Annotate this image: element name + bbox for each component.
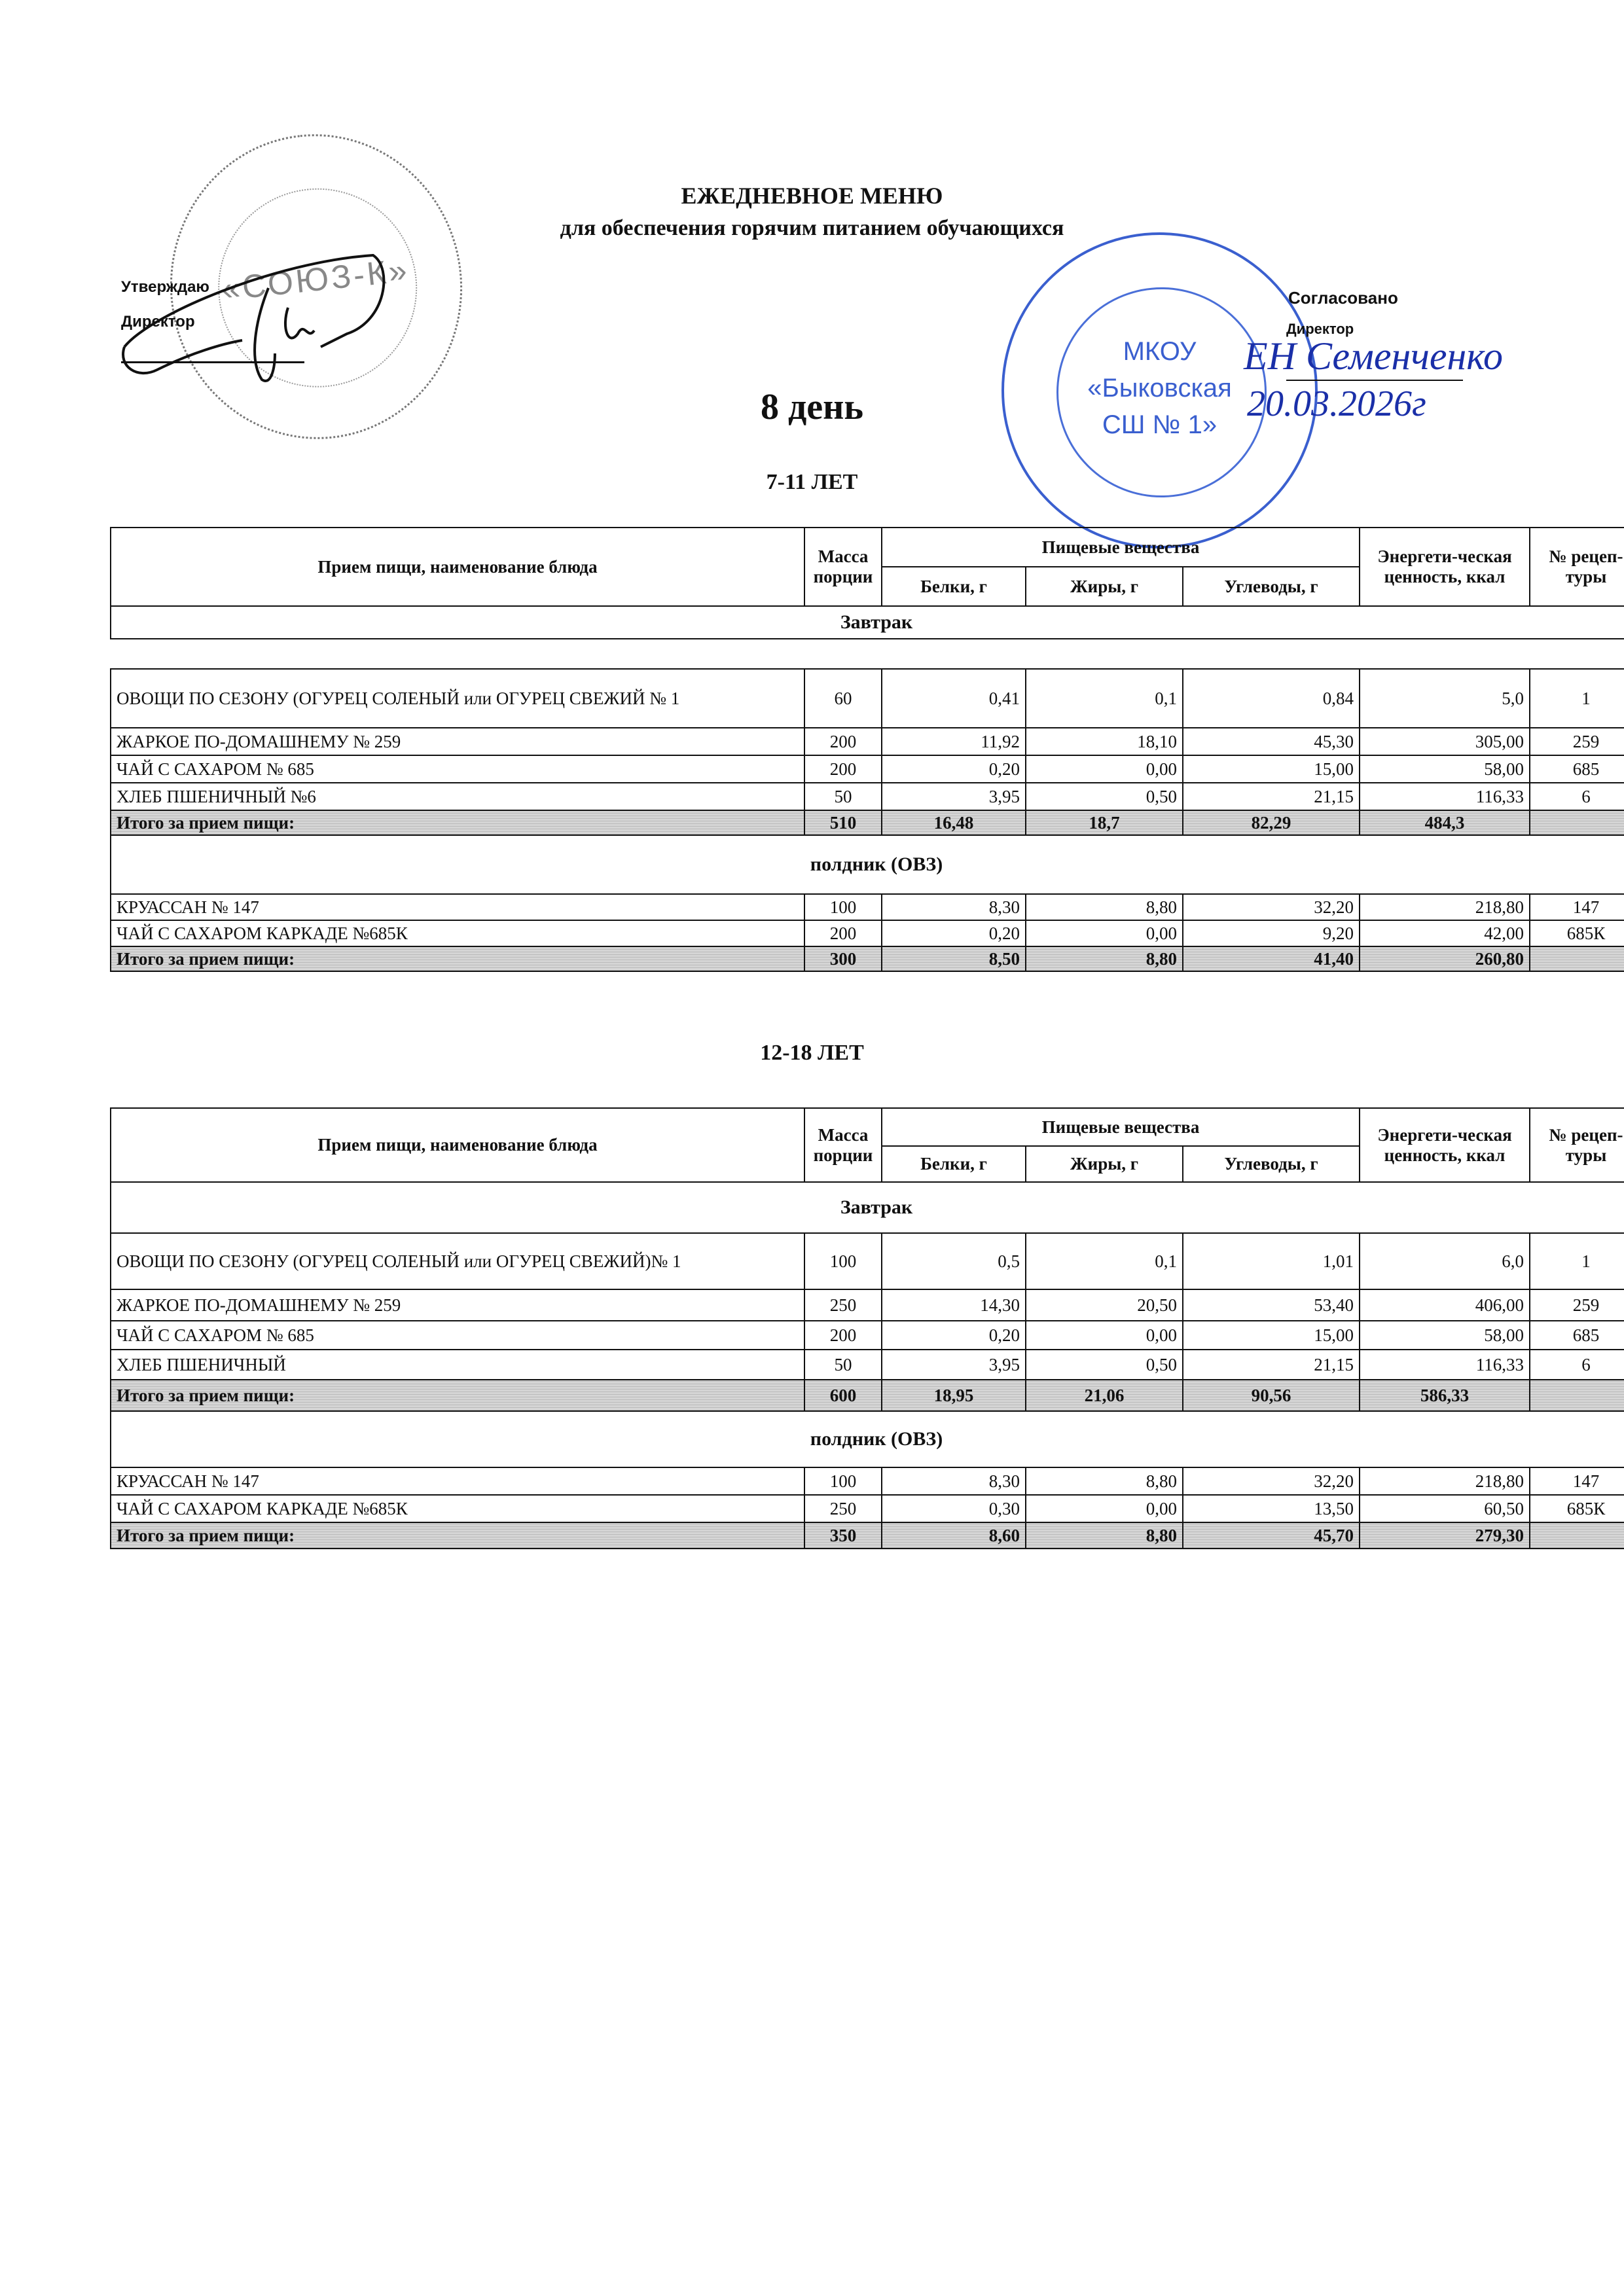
- fat: 0,00: [1026, 920, 1183, 946]
- energy: 116,33: [1360, 1350, 1530, 1380]
- total-recipe: [1530, 1522, 1624, 1549]
- total-label: Итого за прием пищи:: [111, 810, 804, 835]
- total-energy: 586,33: [1360, 1380, 1530, 1411]
- recipe: 147: [1530, 894, 1624, 920]
- total-energy: 279,30: [1360, 1522, 1530, 1549]
- mass: 250: [804, 1495, 882, 1522]
- col-header-energy: Энергети-ческая ценность, ккал: [1360, 1108, 1530, 1182]
- total-mass: 300: [804, 946, 882, 971]
- carbs: 1,01: [1183, 1233, 1360, 1289]
- col-header-carbs: Углеводы, г: [1183, 1146, 1360, 1182]
- col-header-mass: Масса порции: [804, 528, 882, 606]
- energy: 42,00: [1360, 920, 1530, 946]
- total-label: Итого за прием пищи:: [111, 1522, 804, 1549]
- mass: 100: [804, 894, 882, 920]
- energy: 116,33: [1360, 783, 1530, 810]
- total-recipe: [1530, 946, 1624, 971]
- recipe: 685: [1530, 1321, 1624, 1350]
- total-fat: 8,80: [1026, 1522, 1183, 1549]
- dish-name: ЖАРКОЕ ПО-ДОМАШНЕМУ № 259: [111, 728, 804, 755]
- menu-table-7-11: Прием пищи, наименование блюда Масса пор…: [110, 527, 1624, 972]
- total-row: Итого за прием пищи: 300 8,50 8,80 41,40…: [111, 946, 1624, 971]
- carbs: 21,15: [1183, 783, 1360, 810]
- col-header-nutrients: Пищевые вещества: [882, 1108, 1360, 1146]
- carbs: 0,84: [1183, 669, 1360, 728]
- energy: 305,00: [1360, 728, 1530, 755]
- carbs: 21,15: [1183, 1350, 1360, 1380]
- carbs: 13,50: [1183, 1495, 1360, 1522]
- col-header-fat: Жиры, г: [1026, 567, 1183, 606]
- total-mass: 350: [804, 1522, 882, 1549]
- mass: 200: [804, 728, 882, 755]
- age-group-heading: 12-18 ЛЕТ: [0, 1041, 1624, 1066]
- carbs: 15,00: [1183, 1321, 1360, 1350]
- total-protein: 8,60: [882, 1522, 1026, 1549]
- energy: 60,50: [1360, 1495, 1530, 1522]
- energy: 218,80: [1360, 1467, 1530, 1495]
- fat: 0,00: [1026, 755, 1183, 783]
- total-carbs: 90,56: [1183, 1380, 1360, 1411]
- col-header-protein: Белки, г: [882, 567, 1026, 606]
- total-recipe: [1530, 810, 1624, 835]
- fat: 0,00: [1026, 1495, 1183, 1522]
- table-row: ЧАЙ С САХАРОМ КАРКАДЕ №685К 200 0,20 0,0…: [111, 920, 1624, 946]
- total-energy: 260,80: [1360, 946, 1530, 971]
- table-row: ОВОЩИ ПО СЕЗОНУ (ОГУРЕЦ СОЛЕНЫЙ или ОГУР…: [111, 669, 1624, 728]
- total-recipe: [1530, 1380, 1624, 1411]
- total-carbs: 45,70: [1183, 1522, 1360, 1549]
- carbs: 15,00: [1183, 755, 1360, 783]
- col-header-fat: Жиры, г: [1026, 1146, 1183, 1182]
- table-row: ЧАЙ С САХАРОМ № 685 200 0,20 0,00 15,00 …: [111, 755, 1624, 783]
- table-row: КРУАССАН № 147 100 8,30 8,80 32,20 218,8…: [111, 894, 1624, 920]
- fat: 0,1: [1026, 669, 1183, 728]
- dish-name: КРУАССАН № 147: [111, 1467, 804, 1495]
- col-header-nutrients: Пищевые вещества: [882, 528, 1360, 567]
- recipe: 147: [1530, 1467, 1624, 1495]
- table-row: ЖАРКОЕ ПО-ДОМАШНЕМУ № 259 250 14,30 20,5…: [111, 1289, 1624, 1321]
- table-row: ЧАЙ С САХАРОМ КАРКАДЕ №685К 250 0,30 0,0…: [111, 1495, 1624, 1522]
- recipe: 1: [1530, 1233, 1624, 1289]
- protein: 14,30: [882, 1289, 1026, 1321]
- fat: 18,10: [1026, 728, 1183, 755]
- dish-name: ЧАЙ С САХАРОМ № 685: [111, 755, 804, 783]
- mass: 50: [804, 783, 882, 810]
- total-carbs: 41,40: [1183, 946, 1360, 971]
- energy: 58,00: [1360, 755, 1530, 783]
- mass: 200: [804, 1321, 882, 1350]
- mass: 250: [804, 1289, 882, 1321]
- section-title: полдник (ОВЗ): [111, 1411, 1624, 1467]
- spacer: [111, 639, 1624, 669]
- age-group-heading: 7-11 ЛЕТ: [0, 470, 1624, 495]
- total-label: Итого за прием пищи:: [111, 1380, 804, 1411]
- carbs: 9,20: [1183, 920, 1360, 946]
- agreed-signature-line: [1286, 380, 1463, 381]
- protein: 3,95: [882, 783, 1026, 810]
- energy: 406,00: [1360, 1289, 1530, 1321]
- recipe: 6: [1530, 1350, 1624, 1380]
- mass: 60: [804, 669, 882, 728]
- total-protein: 18,95: [882, 1380, 1026, 1411]
- table-row: КРУАССАН № 147 100 8,30 8,80 32,20 218,8…: [111, 1467, 1624, 1495]
- carbs: 32,20: [1183, 1467, 1360, 1495]
- energy: 218,80: [1360, 894, 1530, 920]
- col-header-carbs: Углеводы, г: [1183, 567, 1360, 606]
- total-mass: 600: [804, 1380, 882, 1411]
- total-protein: 8,50: [882, 946, 1026, 971]
- protein: 11,92: [882, 728, 1026, 755]
- fat: 0,1: [1026, 1233, 1183, 1289]
- total-row: Итого за прием пищи: 510 16,48 18,7 82,2…: [111, 810, 1624, 835]
- mass: 100: [804, 1233, 882, 1289]
- dish-name: ЧАЙ С САХАРОМ № 685: [111, 1321, 804, 1350]
- recipe: 259: [1530, 1289, 1624, 1321]
- mass: 50: [804, 1350, 882, 1380]
- document-subtitle: для обеспечения горячим питанием обучающ…: [0, 216, 1624, 241]
- recipe: 685К: [1530, 920, 1624, 946]
- recipe: 259: [1530, 728, 1624, 755]
- col-header-name: Прием пищи, наименование блюда: [111, 1108, 804, 1182]
- director-signature-right: ЕН Семенченко: [1244, 334, 1503, 379]
- table-row: ЧАЙ С САХАРОМ № 685 200 0,20 0,00 15,00 …: [111, 1321, 1624, 1350]
- mass: 100: [804, 1467, 882, 1495]
- section-title: Завтрак: [111, 606, 1624, 639]
- total-energy: 484,3: [1360, 810, 1530, 835]
- total-row: Итого за прием пищи: 600 18,95 21,06 90,…: [111, 1380, 1624, 1411]
- recipe: 6: [1530, 783, 1624, 810]
- fat: 0,50: [1026, 1350, 1183, 1380]
- col-header-recipe: № рецеп-туры: [1530, 528, 1624, 606]
- fat: 8,80: [1026, 1467, 1183, 1495]
- col-header-mass: Масса порции: [804, 1108, 882, 1182]
- total-fat: 8,80: [1026, 946, 1183, 971]
- fat: 8,80: [1026, 894, 1183, 920]
- signature-date: 20.03.2026г: [1247, 383, 1426, 425]
- director-signature-left: [111, 249, 399, 399]
- table-row: ХЛЕБ ПШЕНИЧНЫЙ 50 3,95 0,50 21,15 116,33…: [111, 1350, 1624, 1380]
- col-header-recipe: № рецеп-туры: [1530, 1108, 1624, 1182]
- protein: 0,5: [882, 1233, 1026, 1289]
- table-row: ОВОЩИ ПО СЕЗОНУ (ОГУРЕЦ СОЛЕНЫЙ или ОГУР…: [111, 1233, 1624, 1289]
- dish-name: КРУАССАН № 147: [111, 894, 804, 920]
- total-fat: 18,7: [1026, 810, 1183, 835]
- section-title: Завтрак: [111, 1182, 1624, 1233]
- dish-name: ОВОЩИ ПО СЕЗОНУ (ОГУРЕЦ СОЛЕНЫЙ или ОГУР…: [111, 1233, 804, 1289]
- total-protein: 16,48: [882, 810, 1026, 835]
- col-header-name: Прием пищи, наименование блюда: [111, 528, 804, 606]
- document-title: ЕЖЕДНЕВНОЕ МЕНЮ: [0, 182, 1624, 209]
- protein: 0,20: [882, 755, 1026, 783]
- fat: 0,50: [1026, 783, 1183, 810]
- protein: 0,30: [882, 1495, 1026, 1522]
- table-row: ЖАРКОЕ ПО-ДОМАШНЕМУ № 259 200 11,92 18,1…: [111, 728, 1624, 755]
- dish-name: ЧАЙ С САХАРОМ КАРКАДЕ №685К: [111, 1495, 804, 1522]
- carbs: 45,30: [1183, 728, 1360, 755]
- dish-name: ОВОЩИ ПО СЕЗОНУ (ОГУРЕЦ СОЛЕНЫЙ или ОГУР…: [111, 669, 804, 728]
- protein: 0,20: [882, 920, 1026, 946]
- total-mass: 510: [804, 810, 882, 835]
- col-header-protein: Белки, г: [882, 1146, 1026, 1182]
- dish-name: ЖАРКОЕ ПО-ДОМАШНЕМУ № 259: [111, 1289, 804, 1321]
- carbs: 32,20: [1183, 894, 1360, 920]
- section-title: полдник (ОВЗ): [111, 835, 1624, 894]
- table-row: ХЛЕБ ПШЕНИЧНЫЙ №6 50 3,95 0,50 21,15 116…: [111, 783, 1624, 810]
- energy: 6,0: [1360, 1233, 1530, 1289]
- dish-name: ХЛЕБ ПШЕНИЧНЫЙ №6: [111, 783, 804, 810]
- recipe: 1: [1530, 669, 1624, 728]
- energy: 5,0: [1360, 669, 1530, 728]
- recipe: 685К: [1530, 1495, 1624, 1522]
- agreed-label: Согласовано: [1288, 288, 1398, 308]
- total-label: Итого за прием пищи:: [111, 946, 804, 971]
- mass: 200: [804, 920, 882, 946]
- fat: 0,00: [1026, 1321, 1183, 1350]
- recipe: 685: [1530, 755, 1624, 783]
- total-row: Итого за прием пищи: 350 8,60 8,80 45,70…: [111, 1522, 1624, 1549]
- total-carbs: 82,29: [1183, 810, 1360, 835]
- menu-table-12-18: Прием пищи, наименование блюда Масса пор…: [110, 1107, 1624, 1549]
- protein: 8,30: [882, 1467, 1026, 1495]
- dish-name: ЧАЙ С САХАРОМ КАРКАДЕ №685К: [111, 920, 804, 946]
- protein: 8,30: [882, 894, 1026, 920]
- carbs: 53,40: [1183, 1289, 1360, 1321]
- protein: 0,20: [882, 1321, 1026, 1350]
- mass: 200: [804, 755, 882, 783]
- dish-name: ХЛЕБ ПШЕНИЧНЫЙ: [111, 1350, 804, 1380]
- total-fat: 21,06: [1026, 1380, 1183, 1411]
- protein: 0,41: [882, 669, 1026, 728]
- protein: 3,95: [882, 1350, 1026, 1380]
- col-header-energy: Энергети-ческая ценность, ккал: [1360, 528, 1530, 606]
- energy: 58,00: [1360, 1321, 1530, 1350]
- fat: 20,50: [1026, 1289, 1183, 1321]
